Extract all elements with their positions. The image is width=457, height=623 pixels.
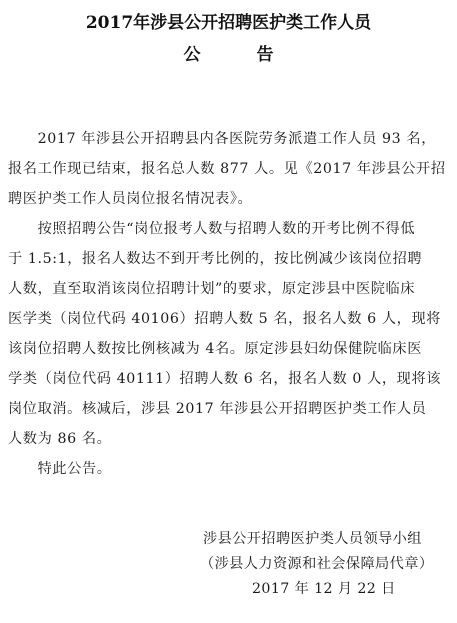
- body-line: 按照招聘公告“岗位报考人数与招聘人数的开考比例不得低: [8, 218, 448, 238]
- body-line: 医学类（岗位代码 40106）招聘人数 5 名，报名人数 6 人，现将: [8, 308, 448, 328]
- body-line: 于 1.5:1，报名人数达不到开考比例的，按比例减少该岗位招聘: [8, 248, 448, 268]
- signature-seal: （涉县人力资源和社会保障局代章）: [200, 553, 433, 573]
- body-line: 报名工作现已结束，报名总人数 877 人。见《2017 年涉县公开招: [8, 158, 448, 178]
- document-title: 2017年涉县公开招聘医护类工作人员: [0, 8, 457, 33]
- body-line: 人数为 86 名。: [8, 428, 448, 448]
- body-line: 该岗位招聘人数按比例核减为 4名。原定涉县妇幼保健院临床医: [8, 338, 448, 358]
- body-line: 人数，直至取消该岗位招聘计划”的要求，原定涉县中医院临床: [8, 278, 448, 298]
- body-line: 2017 年涉县公开招聘县内各医院劳务派遣工作人员 93 名，: [8, 128, 448, 148]
- closing-line: 特此公告。: [8, 458, 448, 478]
- body-line: 学类（岗位代码 40111）招聘人数 6 名，报名人数 0 人，现将该: [8, 368, 448, 388]
- body-line: 聘医护类工作人员岗位报名情况表》。: [8, 188, 448, 208]
- document-subtitle: 公告: [0, 40, 457, 65]
- signature-org: 涉县公开招聘医护类人员领导小组: [203, 528, 422, 548]
- subtitle-char-2: 告: [257, 40, 274, 65]
- signature-date: 2017 年 12 月 22 日: [252, 578, 396, 598]
- body-line: 岗位取消。核减后，涉县 2017 年涉县公开招聘医护类工作人员: [8, 398, 448, 418]
- subtitle-char-1: 公: [184, 40, 201, 65]
